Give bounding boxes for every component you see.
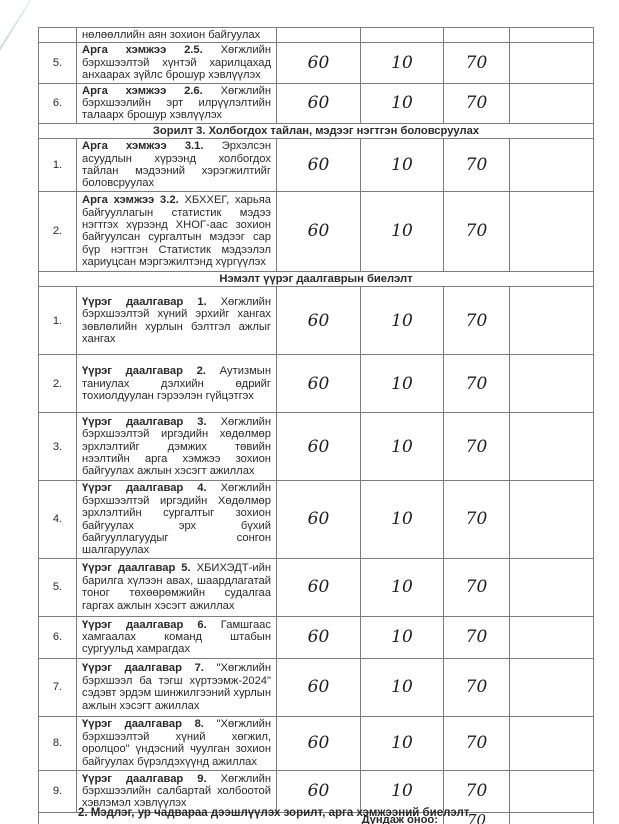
row-description: Арга хэмжээ 2.6. Хөгжлийн бэрхшээлийн эр… <box>77 83 277 123</box>
table-row: 6.Үүрэг даалгавар 6. Гамшгаас хамгаалах … <box>39 616 594 658</box>
row-title: Үүрэг даалгавар 3. <box>82 416 207 428</box>
row-number: 7. <box>39 658 77 716</box>
row-title: Үүрэг даалгавар 2. <box>82 365 206 377</box>
score-b: 10 <box>361 83 444 123</box>
table-row: 1.Арга хэмжээ 3.1. Эрхэлсэн асуудлын хүр… <box>39 139 594 192</box>
score-c: 70 <box>444 43 510 83</box>
score-c: 70 <box>444 481 510 558</box>
score-d <box>510 716 594 770</box>
table-row: 9.Үүрэг даалгавар 9. Хөгжлийн бэрхшээлий… <box>39 770 594 812</box>
score-b: 10 <box>361 558 444 616</box>
score-c: 70 <box>444 716 510 770</box>
table-row: 3.Үүрэг даалгавар 3. Хөгжлийн бэрхшээлтэ… <box>39 413 594 481</box>
score-a: 60 <box>277 770 361 812</box>
table-row: 1.Үүрэг даалгавар 1. Хөгжлийн бэрхшээлтэ… <box>39 287 594 355</box>
score-b: 10 <box>361 413 444 481</box>
score-b: 10 <box>361 139 444 192</box>
row-number: 6. <box>39 83 77 123</box>
row-number: 4. <box>39 481 77 558</box>
score-d <box>510 558 594 616</box>
row-title: Үүрэг даалгавар 8. <box>82 718 204 730</box>
score-c: 70 <box>444 287 510 355</box>
row-title: Үүрэг даалгавар 9. <box>82 773 207 785</box>
table-row: 8.Үүрэг даалгавар 8. "Хөгжлийн бэрхшээлт… <box>39 716 594 770</box>
table-row: 6.Арга хэмжээ 2.6. Хөгжлийн бэрхшээлийн … <box>39 83 594 123</box>
row-description: Үүрэг даалгавар 4. Хөгжлийн бэрхшээлтэй … <box>77 481 277 558</box>
row-description: Үүрэг даалгавар 7. "Хөгжлийн бэрхшээл ба… <box>77 658 277 716</box>
row-description: Үүрэг даалгавар 8. "Хөгжлийн бэрхшээлтэй… <box>77 716 277 770</box>
section-extra-tasks: Нэмэлт үүрэг даалгаврын биелэлт <box>39 271 594 286</box>
score-c: 70 <box>444 616 510 658</box>
section-goal-3: Зорилт 3. Холбогдох тайлан, мэдээг нэгтг… <box>39 123 594 138</box>
score-b: 10 <box>361 658 444 716</box>
row-description: Үүрэг даалгавар 3. Хөгжлийн бэрхшээлтэй … <box>77 413 277 481</box>
row-title: Үүрэг даалгавар 1. <box>82 296 207 308</box>
table-row-continued: нөлөөллийн аян зохион байгуулах <box>39 28 594 43</box>
score-d <box>510 83 594 123</box>
score-a: 60 <box>277 658 361 716</box>
score-d <box>510 413 594 481</box>
row-number: 5. <box>39 43 77 83</box>
score-a: 60 <box>277 191 361 271</box>
score-cell <box>444 28 510 43</box>
average-empty <box>510 812 594 824</box>
score-b: 10 <box>361 770 444 812</box>
row-description: Арга хэмжээ 3.2. ХБХХЕГ, харьяа байгуулл… <box>77 191 277 271</box>
section-title: Зорилт 3. Холбогдох тайлан, мэдээг нэгтг… <box>39 123 594 138</box>
pen-stroke-mark <box>0 0 32 66</box>
row-description: Үүрэг даалгавар 6. Гамшгаас хамгаалах ко… <box>77 616 277 658</box>
row-title: Үүрэг даалгавар 7. <box>82 662 204 674</box>
score-cell <box>361 28 444 43</box>
table-row: 2.Үүрэг даалгавар 2. Аутизмын таниулах д… <box>39 355 594 413</box>
score-d <box>510 616 594 658</box>
score-c: 70 <box>444 191 510 271</box>
score-d <box>510 658 594 716</box>
row-title: Үүрэг даалгавар 6. <box>82 619 207 631</box>
row-description: Үүрэг даалгавар 2. Аутизмын таниулах дэл… <box>77 355 277 413</box>
score-c: 70 <box>444 355 510 413</box>
score-d <box>510 287 594 355</box>
row-number: 5. <box>39 558 77 616</box>
score-d <box>510 770 594 812</box>
score-a: 60 <box>277 558 361 616</box>
score-b: 10 <box>361 43 444 83</box>
row-description: нөлөөллийн аян зохион байгуулах <box>77 28 277 43</box>
row-number: 8. <box>39 716 77 770</box>
row-number: 6. <box>39 616 77 658</box>
row-number: 2. <box>39 191 77 271</box>
next-section-heading: 2. Мэдлэг, ур чадвараа дээшлүүлэх зорилт… <box>78 807 469 819</box>
score-b: 10 <box>361 355 444 413</box>
evaluation-table: нөлөөллийн аян зохион байгуулах 5.Арга х… <box>38 27 594 824</box>
row-description: Арга хэмжээ 3.1. Эрхэлсэн асуудлын хүрээ… <box>77 139 277 192</box>
score-a: 60 <box>277 287 361 355</box>
score-d <box>510 191 594 271</box>
row-title: Үүрэг даалгавар 5. <box>82 562 191 574</box>
score-a: 60 <box>277 716 361 770</box>
score-d <box>510 139 594 192</box>
score-b: 10 <box>361 191 444 271</box>
row-number <box>39 28 77 43</box>
score-a: 60 <box>277 43 361 83</box>
table-row: 7.Үүрэг даалгавар 7. "Хөгжлийн бэрхшээл … <box>39 658 594 716</box>
score-d <box>510 43 594 83</box>
row-description: Үүрэг даалгавар 5. ХБИХЭДТ-ийн барилга х… <box>77 558 277 616</box>
score-c: 70 <box>444 558 510 616</box>
row-title: Үүрэг даалгавар 4. <box>82 482 207 494</box>
score-a: 60 <box>277 616 361 658</box>
score-a: 60 <box>277 139 361 192</box>
row-number: 1. <box>39 139 77 192</box>
evaluation-table-container: нөлөөллийн аян зохион байгуулах 5.Арга х… <box>38 27 593 824</box>
section-title: Нэмэлт үүрэг даалгаврын биелэлт <box>39 271 594 286</box>
score-a: 60 <box>277 83 361 123</box>
score-b: 10 <box>361 481 444 558</box>
table-row: 5.Үүрэг даалгавар 5. ХБИХЭДТ-ийн барилга… <box>39 558 594 616</box>
row-title: Арга хэмжээ 2.6. <box>82 85 203 97</box>
row-number: 2. <box>39 355 77 413</box>
row-title: Арга хэмжээ 3.1. <box>82 140 204 152</box>
score-b: 10 <box>361 616 444 658</box>
row-title: Арга хэмжээ 3.2. <box>82 194 179 206</box>
row-title: Арга хэмжээ 2.5. <box>82 44 203 56</box>
row-number: 3. <box>39 413 77 481</box>
row-description: Үүрэг даалгавар 1. Хөгжлийн бэрхшээлтэй … <box>77 287 277 355</box>
score-d <box>510 355 594 413</box>
score-c: 70 <box>444 413 510 481</box>
score-d <box>510 481 594 558</box>
score-c: 70 <box>444 83 510 123</box>
score-a: 60 <box>277 413 361 481</box>
score-a: 60 <box>277 355 361 413</box>
score-c: 70 <box>444 658 510 716</box>
score-cell <box>277 28 361 43</box>
table-row: 4.Үүрэг даалгавар 4. Хөгжлийн бэрхшээлтэ… <box>39 481 594 558</box>
score-c: 70 <box>444 139 510 192</box>
score-b: 10 <box>361 287 444 355</box>
row-number: 9. <box>39 770 77 812</box>
table-row: 5.Арга хэмжээ 2.5. Хөгжлийн бэрхшээлтэй … <box>39 43 594 83</box>
score-cell <box>510 28 594 43</box>
table-row: 2.Арга хэмжээ 3.2. ХБХХЕГ, харьяа байгуу… <box>39 191 594 271</box>
row-description: Үүрэг даалгавар 9. Хөгжлийн бэрхшээлийн … <box>77 770 277 812</box>
score-a: 60 <box>277 481 361 558</box>
score-c: 70 <box>444 770 510 812</box>
score-b: 10 <box>361 716 444 770</box>
row-description: Арга хэмжээ 2.5. Хөгжлийн бэрхшээлтэй хү… <box>77 43 277 83</box>
row-number: 1. <box>39 287 77 355</box>
